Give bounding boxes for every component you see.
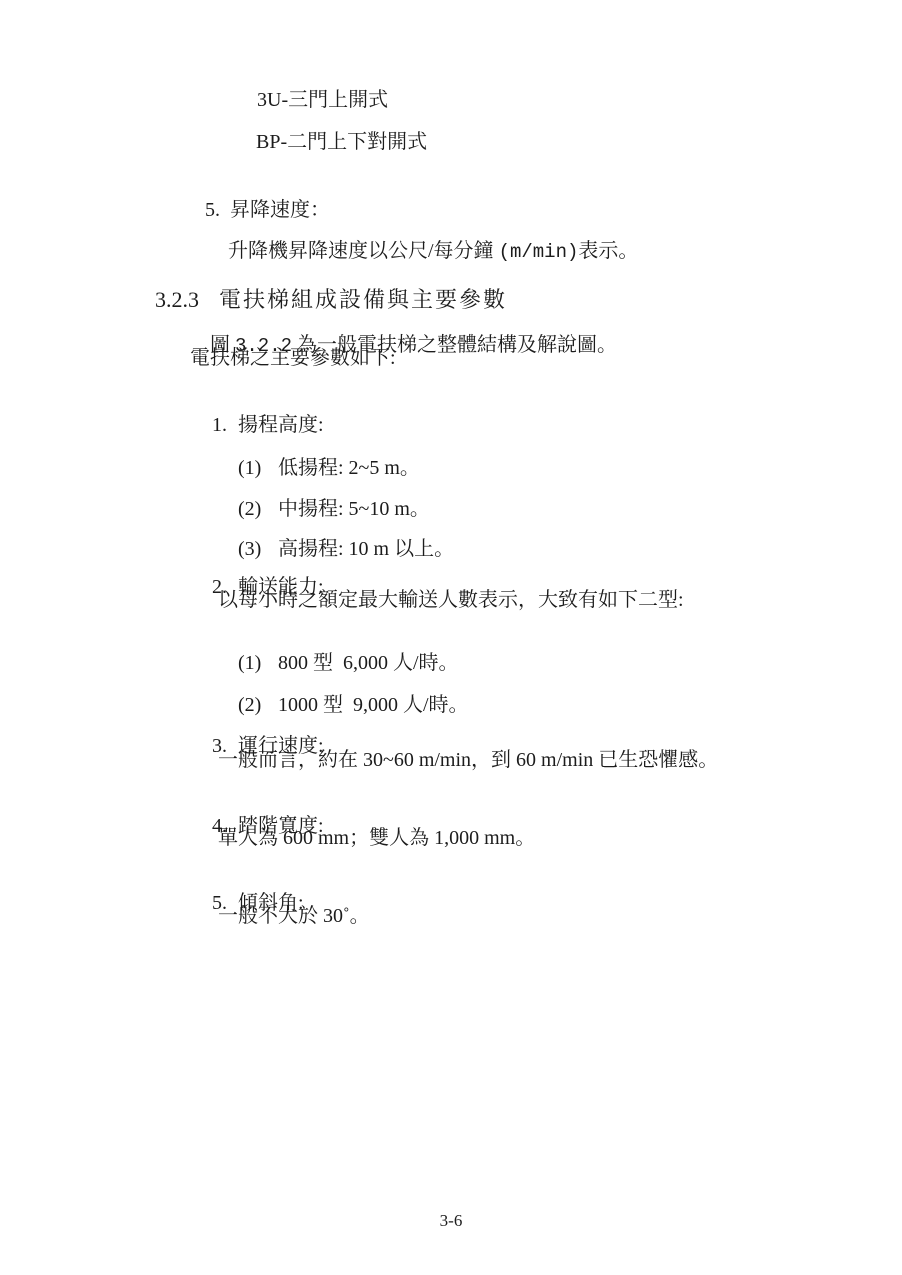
door-type-3u-line: 3U-三門上開式 [257, 88, 388, 113]
unit-notation: (m/min) [499, 241, 579, 263]
parameters-lead-line: 電扶梯之主要參數如下: [190, 346, 396, 371]
door-type-bp-line: BP-二門上下對開式 [256, 130, 427, 155]
page-number: 3-6 [0, 1211, 902, 1231]
running-speed-body-line: 一般而言，約在 30~60 m/min，到 60 m/min 已生恐懼感。 [218, 748, 718, 773]
body-text: 表示。 [578, 240, 638, 262]
transport-capacity-body-line: 以每小時之額定最大輸送人數表示，大致有如下二型: [218, 588, 684, 613]
step-width-body-line: 單人為 600 mm；雙人為 1,000 mm。 [218, 826, 535, 851]
document-page: 3U-三門上開式 BP-二門上下對開式 5.昇降速度： 升降機昇降速度以公尺/每… [0, 0, 902, 1275]
inclination-angle-body-line: 一般不大於 30˚。 [218, 904, 370, 929]
